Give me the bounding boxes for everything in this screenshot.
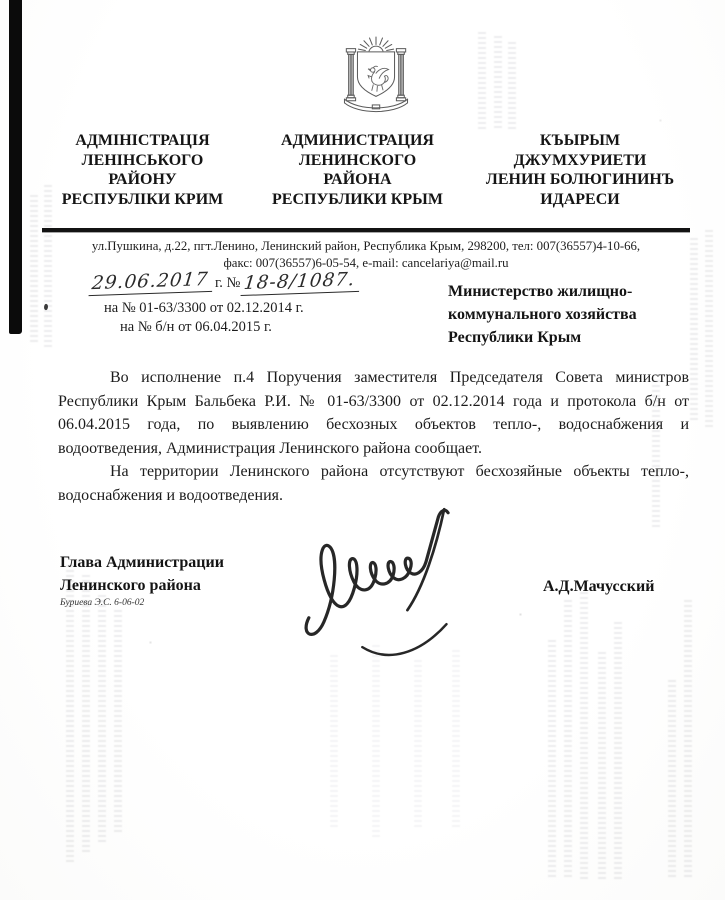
signer-position-line: Глава Администрации — [60, 551, 310, 574]
ghost-text-column — [614, 622, 622, 880]
org-line: РАЙОНА — [260, 170, 455, 190]
ghost-text-column — [508, 42, 516, 130]
ghost-text-column — [414, 660, 422, 830]
address-line: факс: 007(36557)6-05-54, e-mail: cancela… — [42, 255, 690, 272]
body-paragraph: Во исполнение п.4 Поручения заместителя … — [58, 366, 689, 460]
ghost-text-column — [668, 680, 676, 880]
addressee-line: коммунального хозяйства — [448, 303, 706, 326]
ghost-text-column — [564, 600, 572, 880]
signer-position: Глава Администрации Ленинского района — [60, 551, 310, 597]
ghost-text-column — [372, 645, 380, 840]
ghost-text-column — [478, 32, 486, 132]
org-line: АДМИНИСТРАЦИЯ — [260, 131, 455, 151]
ghost-text-column — [598, 652, 606, 880]
org-line: РЕСПУБЛІКИ КРИМ — [40, 190, 245, 210]
org-line: ЛЕНІНСЬКОГО — [40, 151, 245, 171]
org-line: ДЖУМХУРИЕТИ — [470, 151, 690, 171]
scanned-letter-page: АДМІНІСТРАЦІЯ ЛЕНІНСЬКОГО РАЙОНУ РЕСПУБЛ… — [0, 0, 725, 900]
scanner-edge-artifact — [9, 0, 22, 334]
contact-address: ул.Пушкина, д.22, пгт.Ленино, Ленинский … — [42, 238, 690, 271]
org-line: КЪЫРЫМ — [470, 131, 690, 151]
org-line: РАЙОНУ — [40, 170, 245, 190]
ghost-text-column — [548, 640, 556, 880]
ghost-text-column — [66, 565, 74, 865]
signer-position-line: Ленинского района — [60, 574, 310, 597]
addressee-block: Министерство жилищно- коммунального хозя… — [448, 280, 706, 349]
ghost-text-column — [98, 595, 106, 845]
number-label: г. № — [213, 275, 242, 291]
address-line: ул.Пушкина, д.22, пгт.Ленино, Ленинский … — [42, 238, 690, 255]
org-name-ukrainian: АДМІНІСТРАЦІЯ ЛЕНІНСЬКОГО РАЙОНУ РЕСПУБЛ… — [40, 131, 245, 209]
ghost-text-column — [30, 195, 38, 345]
ghost-text-column — [494, 36, 502, 131]
ghost-text-column — [705, 230, 713, 430]
reference-line-2: на № б/н от 06.04.2015 г. — [120, 319, 390, 336]
ghost-text-column — [580, 592, 588, 880]
org-line: АДМІНІСТРАЦІЯ — [40, 131, 245, 151]
reference-line-1: на № 01-63/3300 от 02.12.2014 г. — [104, 300, 390, 317]
ghost-text-column — [452, 650, 460, 830]
reference-block: 29.06.2017г. №18-8/1087. на № 01-63/3300… — [90, 271, 390, 336]
body-paragraph: На территории Ленинского района отсутств… — [58, 460, 689, 507]
handwritten-signature-icon — [291, 498, 510, 677]
org-line: ЛЕНИН БОЛЮГИНИНЪ — [470, 170, 690, 190]
letter-body: Во исполнение п.4 Поручения заместителя … — [58, 366, 689, 508]
handwritten-date: 29.06.2017 — [89, 269, 215, 296]
org-line: РЕСПУБЛИКИ КРЫМ — [260, 190, 455, 210]
addressee-line: Министерство жилищно- — [448, 280, 706, 303]
letterhead-org-names: АДМІНІСТРАЦІЯ ЛЕНІНСЬКОГО РАЙОНУ РЕСПУБЛ… — [40, 131, 690, 209]
letterhead-divider-rule — [42, 228, 690, 234]
org-name-crimean-tatar: КЪЫРЫМ ДЖУМХУРИЕТИ ЛЕНИН БОЛЮГИНИНЪ ИДАР… — [470, 131, 690, 209]
executor-note: Буриева Э.С. 6-06-02 — [60, 598, 144, 608]
signer-name: А.Д.Мачусский — [543, 578, 654, 596]
handwritten-number: 18-8/1087. — [241, 269, 362, 296]
addressee-line: Республики Крым — [448, 326, 706, 349]
org-line: ИДАРЕСИ — [470, 190, 690, 210]
ghost-text-column — [684, 600, 692, 880]
org-name-russian: АДМИНИСТРАЦИЯ ЛЕНИНСКОГО РАЙОНА РЕСПУБЛИ… — [260, 131, 455, 209]
org-line: ЛЕНИНСКОГО — [260, 151, 455, 171]
ghost-text-column — [114, 610, 122, 835]
ghost-text-column — [330, 655, 338, 830]
ghost-text-column — [82, 575, 90, 855]
coat-of-arms-icon — [325, 32, 427, 120]
outgoing-number-line: 29.06.2017г. №18-8/1087. — [90, 271, 390, 294]
scan-dust — [0, 0, 1, 1]
